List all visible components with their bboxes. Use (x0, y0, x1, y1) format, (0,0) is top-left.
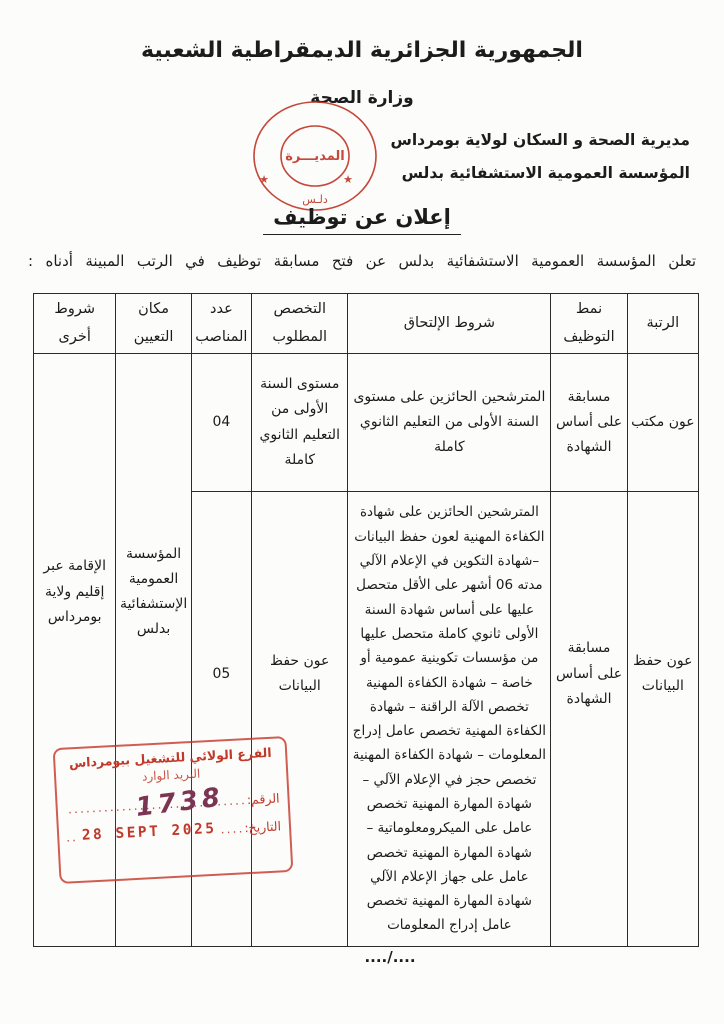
cell-mode-1: مسابقة على أساس الشهادة (551, 354, 627, 492)
directorate-line-2: المؤسسة العمومية الاستشفائية بدلس (390, 157, 690, 190)
cell-specialty-1: مستوى السنة الأولى من التعليم الثانوي كا… (252, 354, 348, 492)
header-positions: عدد المناصب (191, 294, 251, 354)
header-conditions: شروط الإلتحاق (348, 294, 551, 354)
stamp-center-text: المديـــرة (285, 149, 345, 164)
cell-conditions-1: المترشحين الحائزين على مستوى السنة الأول… (348, 354, 551, 492)
round-official-stamp: المؤسسة العمومية الإستشفائية المديـــرة … (250, 98, 380, 214)
header-location: مكان التعيين (116, 294, 191, 354)
registry-stamp: الفرع الولائي للتشغيل ببومرداس البريد ال… (53, 736, 294, 884)
table-row: عون مكتب مسابقة على أساس الشهادة المترشح… (34, 354, 699, 492)
cell-conditions-2: المترشحين الحائزين على شهادة الكفاءة الم… (348, 492, 551, 947)
registry-date-dots-right: .... (220, 820, 245, 836)
table-header-row: الرتبة نمط التوظيف شروط الإلتحاق التخصص … (34, 294, 699, 354)
republic-title: الجمهورية الجزائرية الديمقراطية الشعبية (0, 38, 724, 63)
registry-date-stamp: 28 SEPT 2025 (81, 821, 216, 844)
intro-paragraph: تعلن المؤسسة العمومية الاستشفائية بدلس ع… (28, 252, 696, 270)
header-rank: الرتبة (627, 294, 698, 354)
header-mode: نمط التوظيف (551, 294, 627, 354)
document-page: الجمهورية الجزائرية الديمقراطية الشعبية … (0, 0, 724, 1024)
registry-date-row: التاريخ: .... 28 SEPT 2025 ...... (67, 817, 282, 844)
registry-date-dots-left: ...... (67, 829, 78, 845)
cell-rank-1: عون مكتب (627, 354, 698, 492)
continuation-mark: ..../.... (330, 948, 450, 966)
cell-positions-2: 05 (191, 492, 251, 947)
directorate-block: مديرية الصحة و السكان لولاية بومرداس الم… (390, 124, 690, 189)
cell-positions-1: 04 (191, 354, 251, 492)
announcement-title: إعلان عن توظيف (263, 205, 461, 235)
cell-specialty-2: عون حفظ البيانات (252, 492, 348, 947)
registry-number-label: الرقم: (246, 790, 279, 807)
registry-date-label: التاريخ: (244, 818, 281, 835)
directorate-line-1: مديرية الصحة و السكان لولاية بومرداس (390, 124, 690, 157)
cell-rank-2: عون حفظ البيانات (627, 492, 698, 947)
header-other: شروط أخرى (34, 294, 116, 354)
handwritten-registry-number: 1738 (134, 782, 225, 823)
stamp-star-right-icon: ★ (343, 173, 353, 186)
stamp-star-left-icon: ★ (259, 173, 269, 186)
cell-mode-2: مسابقة على أساس الشهادة (551, 492, 627, 947)
header-specialty: التخصص المطلوب (252, 294, 348, 354)
announcement-title-wrap: إعلان عن توظيف (0, 205, 724, 235)
